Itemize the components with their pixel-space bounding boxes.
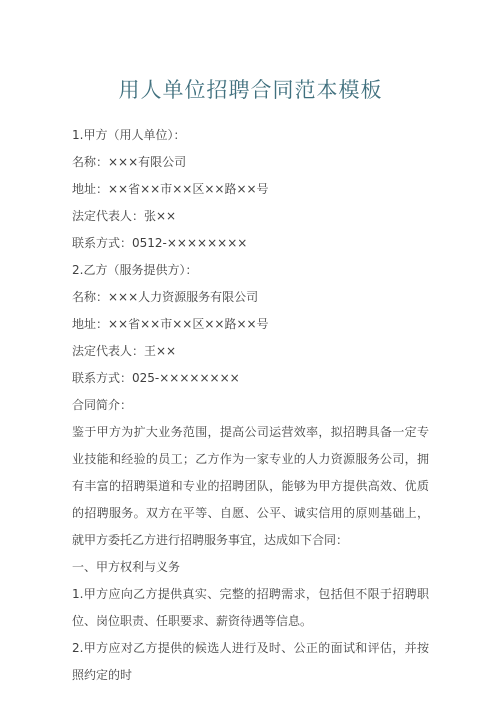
- intro-label: 合同简介：: [72, 392, 429, 419]
- contract-document: 用人单位招聘合同范本模板 1.甲方（用人单位）： 名称：×××有限公司 地址：×…: [0, 0, 500, 689]
- party-a-legal-rep: 法定代表人：张××: [72, 203, 429, 230]
- party-b-address: 地址：××省××市××区××路××号: [72, 311, 429, 338]
- party-a-contact: 联系方式：0512-××××××××: [72, 230, 429, 257]
- party-b-name: 名称：×××人力资源服务有限公司: [72, 284, 429, 311]
- party-a-heading: 1.甲方（用人单位）：: [72, 122, 429, 149]
- party-b-contact: 联系方式：025-××××××××: [72, 365, 429, 392]
- party-a-address: 地址：××省××市××区××路××号: [72, 176, 429, 203]
- section1-item1: 1.甲方应向乙方提供真实、完整的招聘需求，包括但不限于招聘职位、岗位职责、任职要…: [72, 581, 429, 635]
- section1-heading: 一、甲方权利与义务: [72, 554, 429, 581]
- document-page: 用人单位招聘合同范本模板 1.甲方（用人单位）： 名称：×××有限公司 地址：×…: [0, 0, 500, 707]
- section1-item2: 2.甲方应对乙方提供的候选人进行及时、公正的面试和评估，并按照约定的时: [72, 635, 429, 689]
- party-a-name: 名称：×××有限公司: [72, 149, 429, 176]
- party-b-heading: 2.乙方（服务提供方）：: [72, 257, 429, 284]
- intro-paragraph: 鉴于甲方为扩大业务范围，提高公司运营效率，拟招聘具备一定专业技能和经验的员工；乙…: [72, 419, 429, 554]
- contract-title: 用人单位招聘合同范本模板: [72, 74, 429, 106]
- party-b-legal-rep: 法定代表人：王××: [72, 338, 429, 365]
